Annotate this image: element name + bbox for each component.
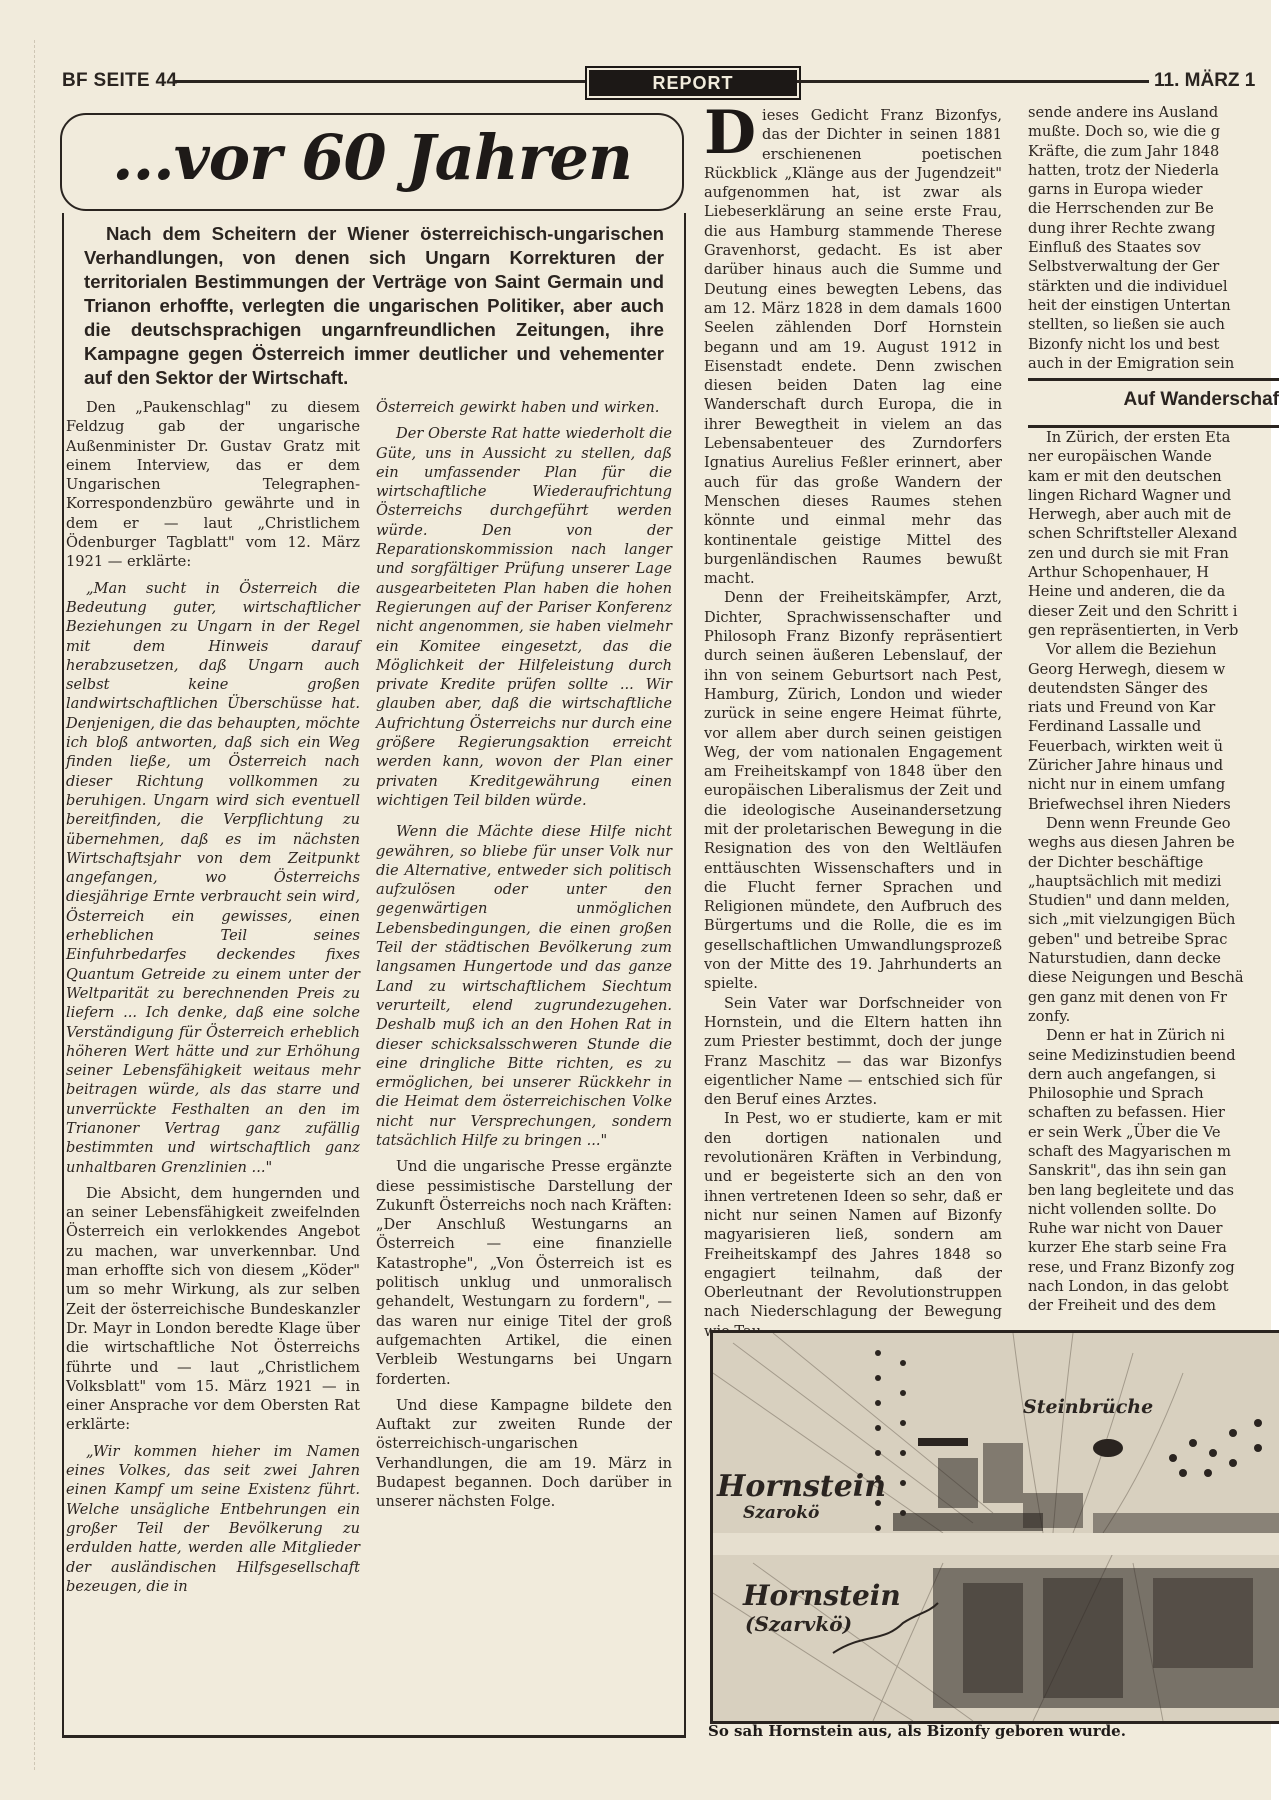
text-line: zonfy. [1028, 1007, 1278, 1026]
text-line: nicht nur in einem umfang [1028, 775, 1278, 794]
side-article-column-2-top: sende andere ins Auslandmußte. Doch so, … [1028, 103, 1278, 373]
text-line: schaften zu befassen. Hier [1028, 1103, 1278, 1122]
svg-text:(Szarvkö): (Szarvkö) [745, 1612, 852, 1636]
text-line: Philosophie und Sprach [1028, 1084, 1278, 1103]
text-line: schen Fortschritts, und es [1028, 1316, 1278, 1318]
text-line: rese, und Franz Bizonfy zog [1028, 1258, 1278, 1277]
text-line: riats und Freund von Kar [1028, 698, 1278, 717]
article-column-1: Den „Paukenschlag" zu diesem Feldzug gab… [66, 398, 360, 1603]
paragraph: Denn der Freiheitskämpfer, Arzt, Dichter… [704, 588, 1002, 993]
article-column-2: Österreich gewirkt haben und wirken. Der… [376, 398, 672, 1519]
paragraph: Den „Paukenschlag" zu diesem Feldzug gab… [66, 398, 360, 572]
map-label-hornstein-top: Hornstein [716, 1469, 886, 1504]
text-line: Einfluß des Staates sov [1028, 238, 1278, 257]
text-line: hatten, trotz der Niederla [1028, 161, 1278, 180]
text-line: schen Schriftsteller Alexand [1028, 524, 1278, 543]
subheading-rule: Auf Wanderschaf [1028, 378, 1279, 428]
text-line: Denn er hat in Zürich ni [1028, 1026, 1278, 1045]
text-line: die Herrschenden zur Be [1028, 199, 1278, 218]
text-line: deutendsten Sänger des [1028, 679, 1278, 698]
section-badge: REPORT [585, 66, 801, 100]
paragraph-text: ieses Gedicht Franz Bizonfys, das der Di… [704, 107, 1002, 587]
side-article-column-1: Dieses Gedicht Franz Bizonfys, das der D… [704, 106, 1002, 1341]
article-title-box: ...vor 60 Jahren [60, 113, 684, 211]
text-line: zen und durch sie mit Fran [1028, 544, 1278, 563]
text-line: nach London, in das gelobt [1028, 1277, 1278, 1296]
text-line: Studien" und dann melden, [1028, 891, 1278, 910]
text-line: geben" und betreibe Sprac [1028, 930, 1278, 949]
text-line: Kräfte, die zum Jahr 1848 [1028, 142, 1278, 161]
header-rule-left [174, 80, 585, 83]
paragraph: Die Absicht, dem hungernden und an seine… [66, 1184, 360, 1435]
paragraph: Dieses Gedicht Franz Bizonfys, das der D… [704, 106, 1002, 588]
text-line: Arthur Schopenhauer, H [1028, 563, 1278, 582]
text-line: dern auch angefangen, si [1028, 1065, 1278, 1084]
quote-paragraph: Österreich gewirkt haben und wirken. [376, 398, 672, 417]
text-line: mußte. Doch so, wie die g [1028, 122, 1278, 141]
text-line: Ruhe war nicht von Dauer [1028, 1219, 1278, 1238]
drop-cap: D [704, 108, 756, 158]
paragraph: Und die ungarische Presse ergänzte diese… [376, 1157, 672, 1389]
quote-paragraph: Wenn die Mächte diese Hilfe nicht gewähr… [376, 822, 672, 1150]
text-line: gen ganz mit denen von Fr [1028, 988, 1278, 1007]
lead-paragraph: Nach dem Scheitern der Wiener österreich… [84, 222, 664, 390]
text-line: Vor allem die Beziehun [1028, 640, 1278, 659]
text-line: In Zürich, der ersten Eta [1028, 428, 1278, 447]
page-number-label: BF SEITE 44 [62, 70, 177, 92]
text-line: kurzer Ehe starb seine Fra [1028, 1238, 1278, 1257]
text-line: diese Neigungen und Beschä [1028, 968, 1278, 987]
text-line: dieser Zeit und den Schritt i [1028, 602, 1278, 621]
text-line: der Freiheit und des dem [1028, 1296, 1278, 1315]
text-line: lingen Richard Wagner und [1028, 486, 1278, 505]
svg-text:Szarokö: Szarokö [743, 1503, 819, 1523]
svg-text:Steinbrüche: Steinbrüche [1023, 1396, 1153, 1418]
text-line: sende andere ins Ausland [1028, 103, 1278, 122]
text-line: schaft des Magyarischen m [1028, 1142, 1278, 1161]
text-line: nicht vollenden sollte. Do [1028, 1200, 1278, 1219]
text-line: ben lang begleitete und das [1028, 1181, 1278, 1200]
article-title: ...vor 60 Jahren [62, 121, 682, 194]
text-line: der Dichter beschäftige [1028, 853, 1278, 872]
text-line: „hauptsächlich mit medizi [1028, 872, 1278, 891]
paragraph: Und diese Kampagne bildete den Auftakt z… [376, 1396, 672, 1512]
text-line: stärkten und die individuel [1028, 277, 1278, 296]
page-header: BF SEITE 44 REPORT 11. MÄRZ 1 [62, 66, 1279, 96]
svg-text:Hornstein: Hornstein [742, 1579, 901, 1612]
text-line: Heine und anderen, die da [1028, 582, 1278, 601]
paragraph: Sein Vater war Dorfschneider von Hornste… [704, 994, 1002, 1110]
page-margin-marks [34, 40, 37, 1770]
subheading: Auf Wanderschaf [1123, 389, 1279, 411]
text-line: sich „mit vielzungigen Büch [1028, 910, 1278, 929]
paragraph: In Pest, wo er studierte, kam er mit den… [704, 1109, 1002, 1341]
text-line: heit der einstigen Untertan [1028, 296, 1278, 315]
text-line: Naturstudien, dann decke [1028, 949, 1278, 968]
text-line: ner europäischen Wande [1028, 447, 1278, 466]
text-line: Georg Herwegh, diesem w [1028, 660, 1278, 679]
issue-date: 11. MÄRZ 1 [1154, 70, 1255, 92]
side-article-column-2-bottom: In Zürich, der ersten Etaner europäische… [1028, 428, 1278, 1318]
text-line: gen repräsentierten, in Verb [1028, 621, 1278, 640]
text-line: dung ihrer Rechte zwang [1028, 219, 1278, 238]
text-line: Briefwechsel ihren Nieders [1028, 795, 1278, 814]
quote-paragraph: Der Oberste Rat hatte wiederholt die Güt… [376, 424, 672, 810]
text-line: kam er mit den deutschen [1028, 467, 1278, 486]
text-line: garns in Europa wieder [1028, 180, 1278, 199]
quote-paragraph: „Wir kommen hieher im Namen eines Volkes… [66, 1442, 360, 1596]
text-line: er sein Werk „Über die Ve [1028, 1123, 1278, 1142]
text-line: weghs aus diesen Jahren be [1028, 833, 1278, 852]
text-line: Züricher Jahre hinaus und [1028, 756, 1278, 775]
text-line: Denn wenn Freunde Geo [1028, 814, 1278, 833]
text-line: Ferdinand Lassalle und [1028, 717, 1278, 736]
text-line: auch in der Emigration sein [1028, 354, 1278, 373]
image-caption: So sah Hornstein aus, als Bizonfy gebore… [708, 1722, 1126, 1740]
historic-map-image: Hornstein Szarokö Steinbrüche Hornstein … [710, 1330, 1279, 1724]
text-line: Selbstverwaltung der Ger [1028, 257, 1278, 276]
section-badge-label: REPORT [587, 68, 799, 98]
text-line: Sanskrit", das ihn sein gan [1028, 1161, 1278, 1180]
quote-paragraph: „Man sucht in Österreich die Bedeutung g… [66, 579, 360, 1177]
text-line: Herwegh, aber auch mit de [1028, 505, 1278, 524]
text-line: Feuerbach, wirkten weit ü [1028, 737, 1278, 756]
text-line: Bizonfy nicht los und best [1028, 335, 1278, 354]
text-line: stellten, so ließen sie auch [1028, 315, 1278, 334]
text-line: seine Medizinstudien beend [1028, 1046, 1278, 1065]
header-rule-right [797, 80, 1149, 83]
article-lead: Nach dem Scheitern der Wiener österreich… [84, 222, 664, 390]
